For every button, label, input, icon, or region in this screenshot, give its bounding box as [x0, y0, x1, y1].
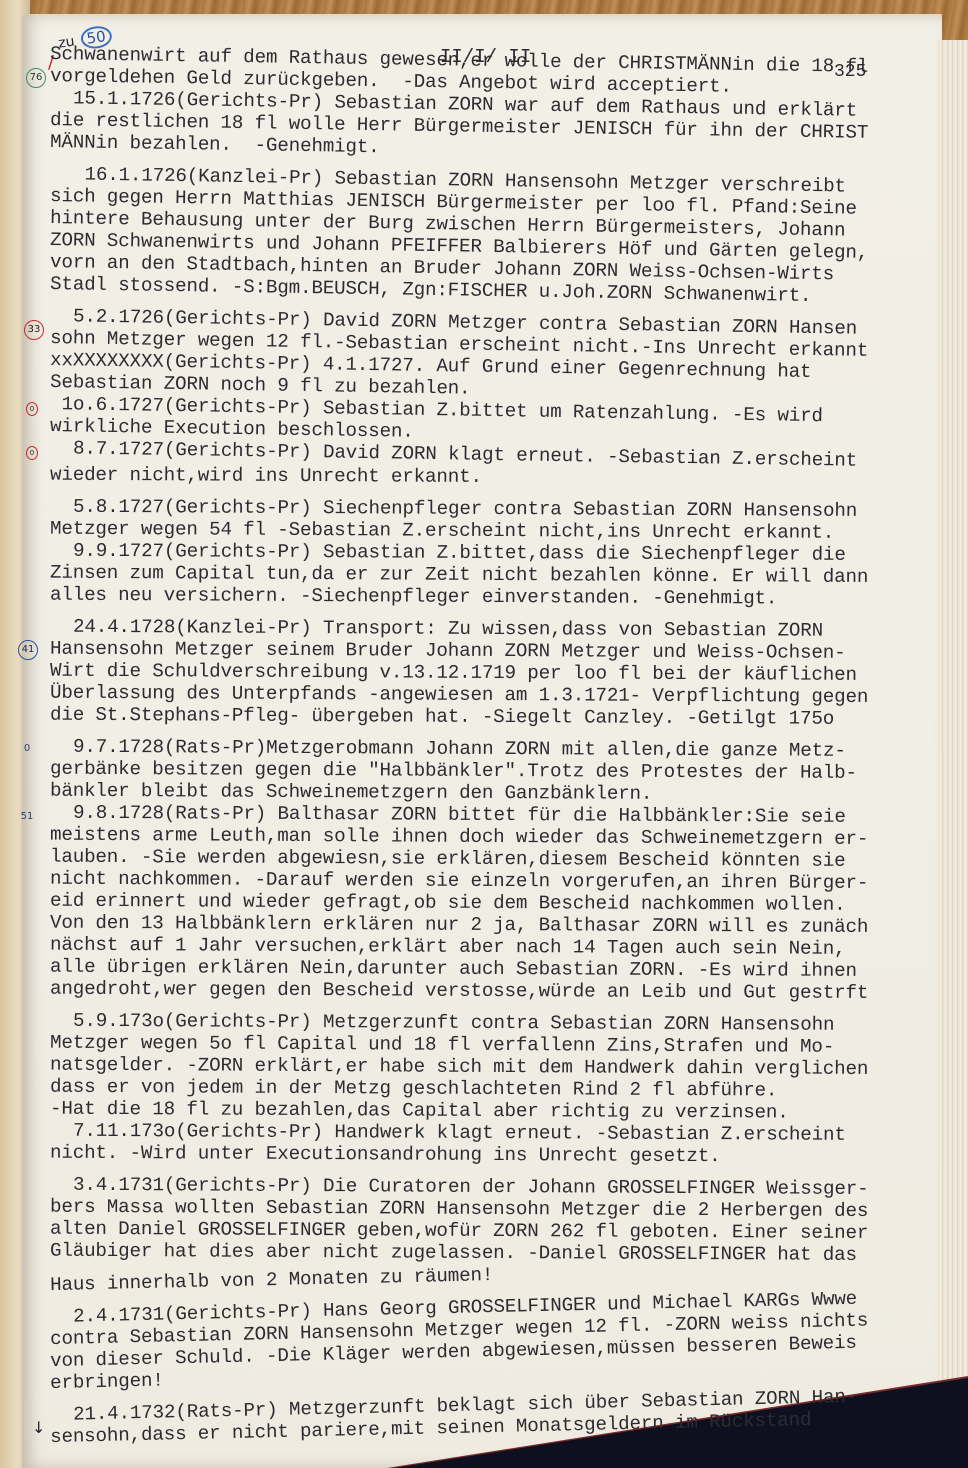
text-line: die St.Stephans-Pfleg- übergeben hat. -S… [50, 704, 940, 731]
margin-note: 0 [18, 740, 36, 758]
text-line: nicht. -Wird unter Executionsandrohung i… [50, 1142, 940, 1169]
down-arrow-mark: ↓ [32, 1418, 45, 1437]
text-line: angedroht,wer gegen den Bescheid verstos… [50, 978, 940, 1005]
margin-note-circled: 33 [24, 320, 44, 340]
text-line: alles neu versichern. -Siechenpfleger ei… [50, 584, 940, 611]
typewritten-text-body: Schwanenwirt auf dem Rathaus gewesen,er … [50, 50, 940, 1438]
margin-note: 51 [18, 808, 36, 826]
margin-note-circled: 0 [26, 402, 38, 416]
margin-note-circled: 76 [26, 68, 46, 88]
margin-note-circled: 0 [26, 446, 38, 460]
margin-note-circled: 41 [18, 640, 38, 660]
text-line: wieder nicht,wird ins Unrecht erkannt. [50, 464, 940, 491]
page-stack-edge [938, 40, 968, 1468]
